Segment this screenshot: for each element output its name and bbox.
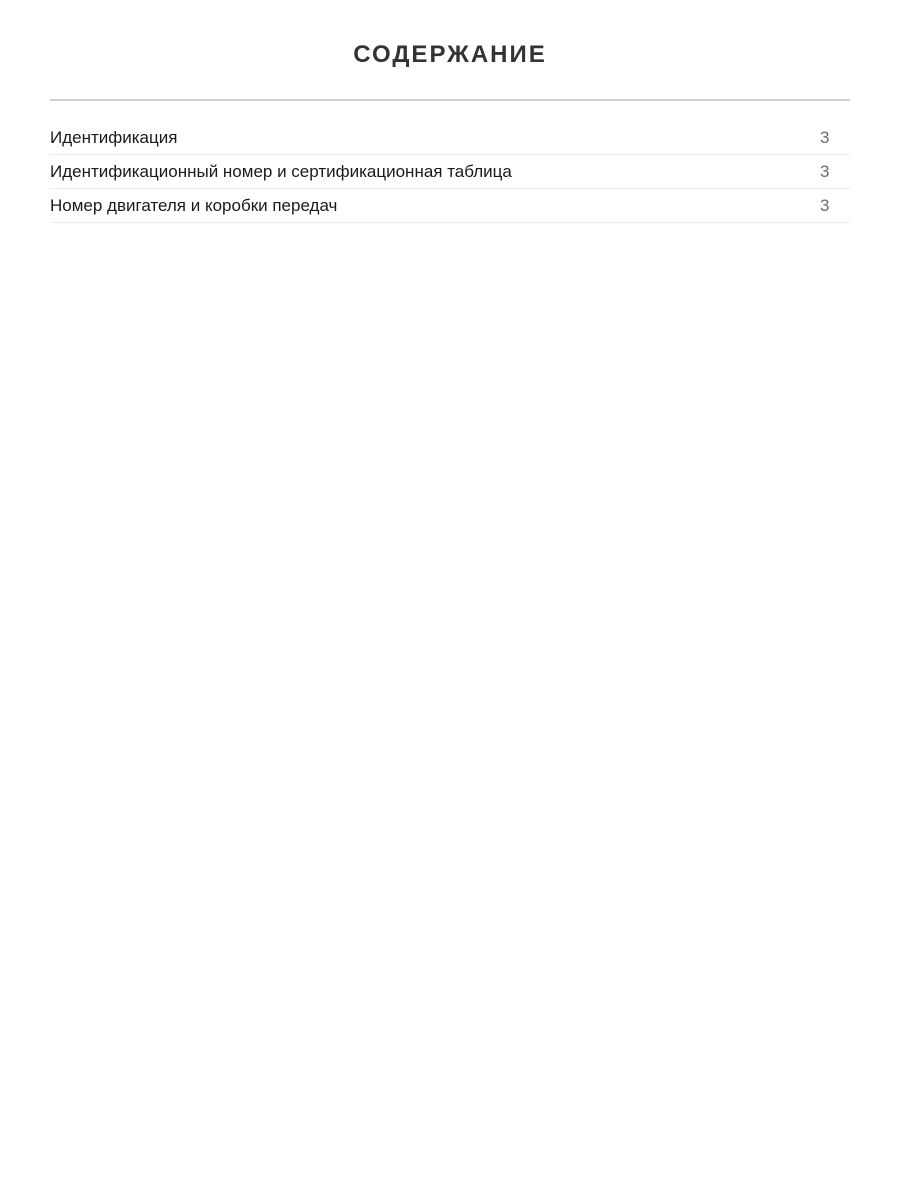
toc-entry-label: Идентификационный номер и сертификационн…	[50, 162, 512, 182]
toc-entry[interactable]: Идентификация 3	[50, 121, 850, 155]
title-divider	[50, 99, 850, 101]
toc-entry-label: Идентификация	[50, 128, 177, 148]
document-page: СОДЕРЖАНИЕ Идентификация 3 Идентификацио…	[50, 0, 850, 223]
toc-entry-page: 3	[820, 196, 850, 216]
toc-title: СОДЕРЖАНИЕ	[50, 0, 850, 99]
toc-entry-label: Номер двигателя и коробки передач	[50, 196, 337, 216]
toc-entry[interactable]: Идентификационный номер и сертификационн…	[50, 155, 850, 189]
toc-entry-page: 3	[820, 162, 850, 182]
toc-list: Идентификация 3 Идентификационный номер …	[50, 121, 850, 223]
toc-entry-page: 3	[820, 128, 850, 148]
toc-entry[interactable]: Номер двигателя и коробки передач 3	[50, 189, 850, 223]
